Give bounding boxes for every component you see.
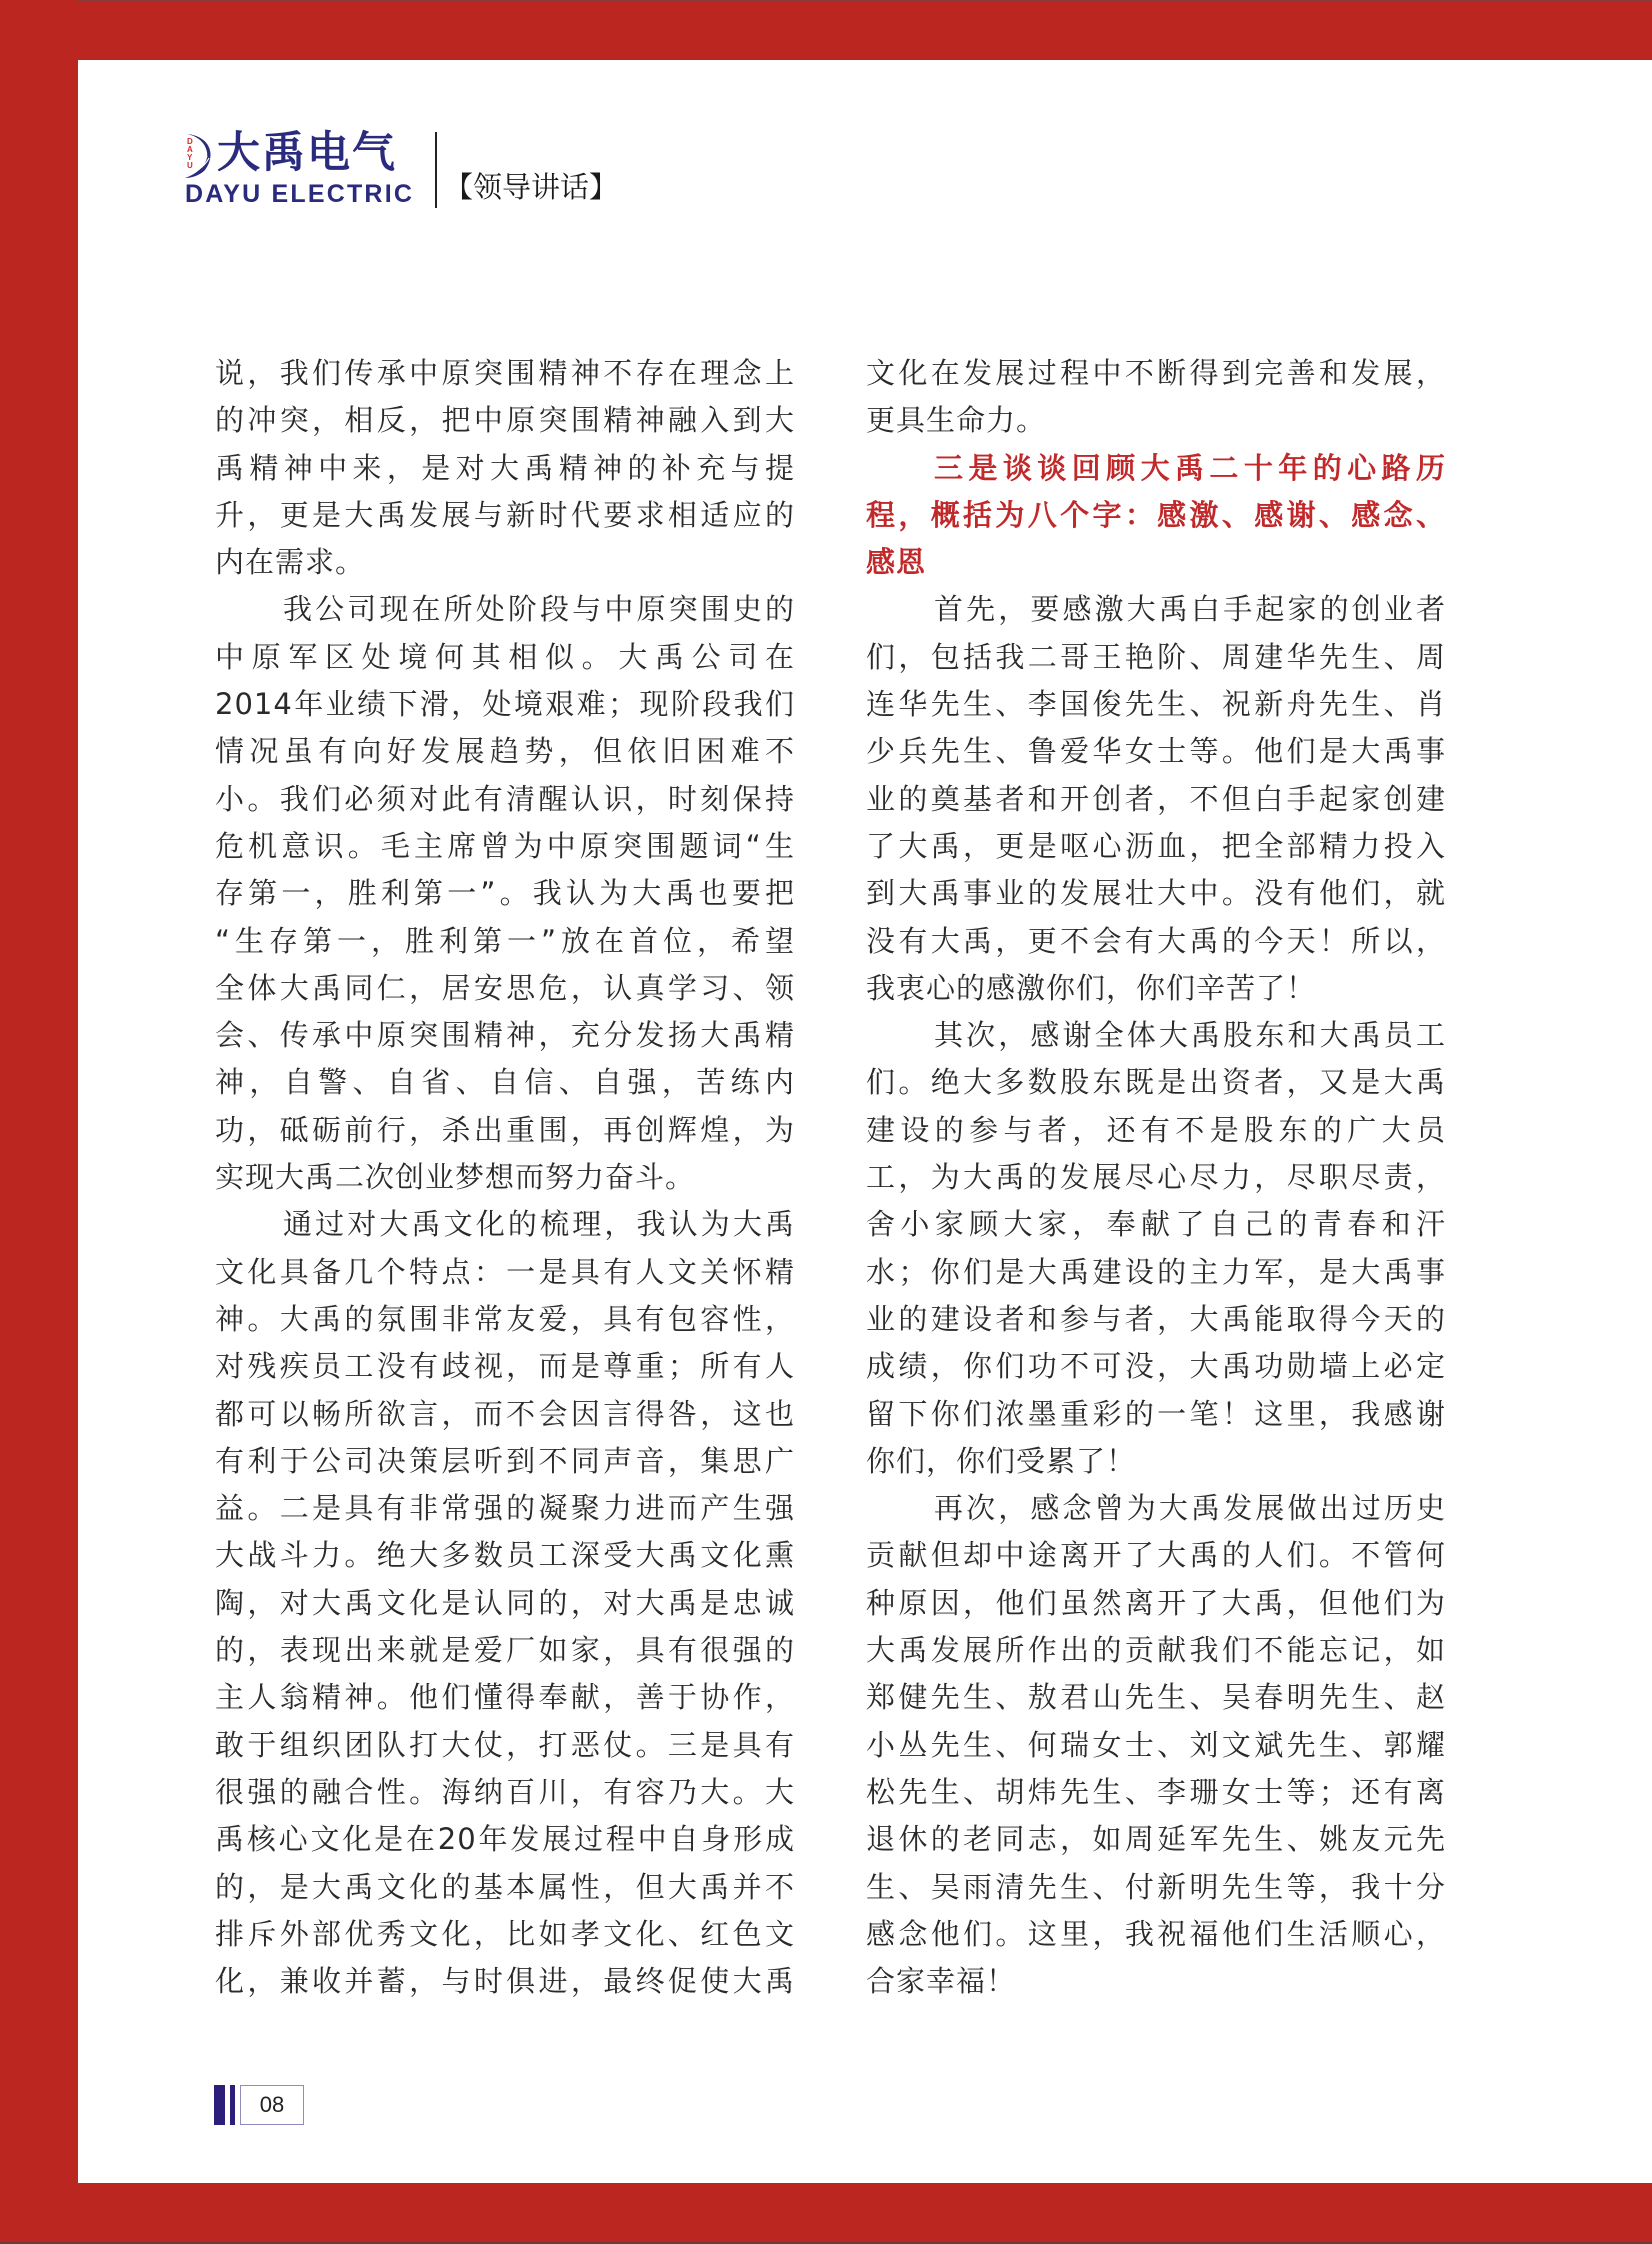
text-line: 禹核心文化是在20年发展过程中自身形成 — [215, 1816, 795, 1863]
text-line: 说，我们传承中原突围精神不存在理念上 — [215, 350, 795, 397]
page-badge-thin-bar — [230, 2085, 235, 2125]
text-line: 内在需求。 — [215, 539, 795, 586]
text-line: 升，更是大禹发展与新时代要求相适应的 — [215, 492, 795, 539]
text-line: 有利于公司决策层听到不同声音，集思广 — [215, 1438, 795, 1485]
text-line: 禹精神中来，是对大禹精神的补充与提 — [215, 445, 795, 492]
text-line: 文化具备几个特点：一是具有人文关怀精 — [215, 1249, 795, 1296]
text-line: 再次，感念曾为大禹发展做出过历史 — [866, 1485, 1446, 1532]
left-text-column: 说，我们传承中原突围精神不存在理念上 的冲突，相反，把中原突围精神融入到大 禹精… — [215, 350, 795, 2005]
text-line: 危机意识。毛主席曾为中原突围题词“生 — [215, 823, 795, 870]
text-line: 首先，要感激大禹白手起家的创业者 — [866, 586, 1446, 633]
text-line: 大战斗力。绝大多数员工深受大禹文化熏 — [215, 1532, 795, 1579]
text-line: 生、吴雨清先生、付新明先生等，我十分 — [866, 1864, 1446, 1911]
text-line: 我公司现在所处阶段与中原突围史的 — [215, 586, 795, 633]
logo-chinese-name: 大禹电气 — [217, 128, 397, 178]
text-line: 连华先生、李国俊先生、祝新舟先生、肖 — [866, 681, 1446, 728]
text-line: 主人翁精神。他们懂得奉献，善于协作， — [215, 1674, 795, 1721]
section-heading-line: 三是谈谈回顾大禹二十年的心路历 — [866, 445, 1446, 492]
text-line: 建设的参与者，还有不是股东的广大员 — [866, 1107, 1446, 1154]
section-heading-line: 程，概括为八个字：感激、感谢、感念、 — [866, 492, 1446, 539]
section-label: 【领导讲话】 — [444, 168, 618, 206]
text-line: 你们，你们受累了！ — [866, 1438, 1446, 1485]
text-line: 没有大禹，更不会有大禹的今天！所以， — [866, 918, 1446, 965]
text-line: 们，包括我二哥王艳阶、周建华先生、周 — [866, 634, 1446, 681]
text-line: 我衷心的感激你们，你们辛苦了！ — [866, 965, 1446, 1012]
header-divider — [435, 132, 437, 208]
text-line: 种原因，他们虽然离开了大禹，但他们为 — [866, 1580, 1446, 1627]
text-line: 到大禹事业的发展壮大中。没有他们，就 — [866, 870, 1446, 917]
text-line: 小。我们必须对此有清醒认识，时刻保持 — [215, 776, 795, 823]
text-line: 益。二是具有非常强的凝聚力进而产生强 — [215, 1485, 795, 1532]
text-line: 工，为大禹的发展尽心尽力，尽职尽责， — [866, 1154, 1446, 1201]
text-line: 业的奠基者和开创者，不但白手起家创建 — [866, 776, 1446, 823]
dayu-swoosh-icon: D A Y U — [183, 132, 219, 178]
text-line: 对残疾员工没有歧视，而是尊重；所有人 — [215, 1343, 795, 1390]
text-line: 敢于组织团队打大仗，打恶仗。三是具有 — [215, 1722, 795, 1769]
text-line: 少兵先生、鲁爱华女士等。他们是大禹事 — [866, 728, 1446, 775]
text-line: 更具生命力。 — [866, 397, 1446, 444]
dayu-electric-logo: D A Y U 大禹电气 DAYU ELECTRIC — [183, 128, 433, 210]
text-line: 感念他们。这里，我祝福他们生活顺心， — [866, 1911, 1446, 1958]
text-line: 的，表现出来就是爱厂如家，具有很强的 — [215, 1627, 795, 1674]
text-line: 的，是大禹文化的基本属性，但大禹并不 — [215, 1864, 795, 1911]
text-line: 成绩，你们功不可没，大禹功勋墙上必定 — [866, 1343, 1446, 1390]
section-heading-line: 感恩 — [866, 539, 1446, 586]
text-line: 神，自警、自省、自信、自强，苦练内 — [215, 1059, 795, 1106]
text-line: 功，砥砺前行，杀出重围，再创辉煌，为 — [215, 1107, 795, 1154]
text-line: 其次，感谢全体大禹股东和大禹员工 — [866, 1012, 1446, 1059]
text-line: 化，兼收并蓄，与时俱进，最终促使大禹 — [215, 1958, 795, 2005]
text-line: 中原军区处境何其相似。大禹公司在 — [215, 634, 795, 681]
text-line: 松先生、胡炜先生、李珊女士等；还有离 — [866, 1769, 1446, 1816]
text-line: 郑健先生、敖君山先生、吴春明先生、赵 — [866, 1674, 1446, 1721]
text-line: 们。绝大多数股东既是出资者，又是大禹 — [866, 1059, 1446, 1106]
text-line: 排斥外部优秀文化，比如孝文化、红色文 — [215, 1911, 795, 1958]
right-text-column: 文化在发展过程中不断得到完善和发展， 更具生命力。 三是谈谈回顾大禹二十年的心路… — [866, 350, 1446, 2005]
text-line: 了大禹，更是呕心沥血，把全部精力投入 — [866, 823, 1446, 870]
bottom-border-band — [0, 2183, 1652, 2244]
left-border-band — [0, 0, 78, 2244]
page-badge-thick-bar — [214, 2085, 225, 2125]
text-line: 2014年业绩下滑，处境艰难；现阶段我们 — [215, 681, 795, 728]
top-border-band — [0, 0, 1652, 60]
text-line: 会、传承中原突围精神，充分发扬大禹精 — [215, 1012, 795, 1059]
text-line: 都可以畅所欲言，而不会因言得咎，这也 — [215, 1391, 795, 1438]
text-line: 很强的融合性。海纳百川，有容乃大。大 — [215, 1769, 795, 1816]
text-line: 合家幸福！ — [866, 1958, 1446, 2005]
text-line: 陶，对大禹文化是认同的，对大禹是忠诚 — [215, 1580, 795, 1627]
text-line: 贡献但却中途离开了大禹的人们。不管何 — [866, 1532, 1446, 1579]
text-line: 留下你们浓墨重彩的一笔！这里，我感谢 — [866, 1391, 1446, 1438]
text-line: 舍小家顾大家，奉献了自己的青春和汗 — [866, 1201, 1446, 1248]
svg-text:U: U — [187, 161, 193, 170]
text-line: 业的建设者和参与者，大禹能取得今天的 — [866, 1296, 1446, 1343]
text-line: 退休的老同志，如周延军先生、姚友元先 — [866, 1816, 1446, 1863]
text-line: 存第一，胜利第一”。我认为大禹也要把 — [215, 870, 795, 917]
text-line: 文化在发展过程中不断得到完善和发展， — [866, 350, 1446, 397]
text-line: “生存第一，胜利第一”放在首位，希望 — [215, 918, 795, 965]
text-line: 通过对大禹文化的梳理，我认为大禹 — [215, 1201, 795, 1248]
text-line: 神。大禹的氛围非常友爱，具有包容性， — [215, 1296, 795, 1343]
text-line: 情况虽有向好发展趋势，但依旧困难不 — [215, 728, 795, 775]
text-line: 小丛先生、何瑞女士、刘文斌先生、郭耀 — [866, 1722, 1446, 1769]
text-line: 实现大禹二次创业梦想而努力奋斗。 — [215, 1154, 795, 1201]
text-line: 全体大禹同仁，居安思危，认真学习、领 — [215, 965, 795, 1012]
text-line: 水；你们是大禹建设的主力军，是大禹事 — [866, 1249, 1446, 1296]
page-number: 08 — [240, 2085, 304, 2125]
text-line: 大禹发展所作出的贡献我们不能忘记，如 — [866, 1627, 1446, 1674]
text-line: 的冲突，相反，把中原突围精神融入到大 — [215, 397, 795, 444]
logo-english-name: DAYU ELECTRIC — [185, 180, 414, 208]
